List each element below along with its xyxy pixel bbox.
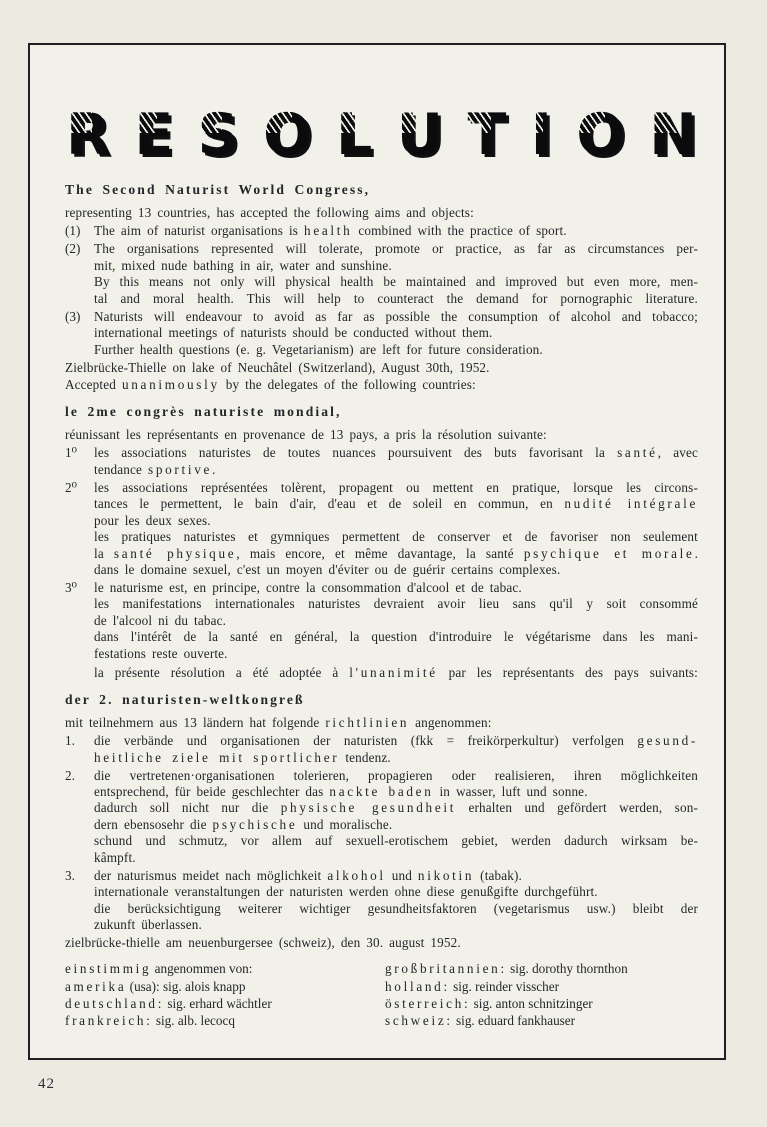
text-segment: tendance xyxy=(94,462,148,477)
spaced-text: alkohol xyxy=(327,868,385,883)
text-line: tances le permettent, le bain d'air, d'e… xyxy=(94,496,698,512)
signature-line: amerika (usa): sig. alois knapp xyxy=(65,978,385,995)
text-segment: dern ebensosehr die xyxy=(94,817,213,832)
section-english: The Second Naturist World Congress,repre… xyxy=(65,182,698,394)
text-line: mit teilnehmern aus 13 ländern hat folge… xyxy=(65,715,698,731)
title-letter: I xyxy=(531,107,552,164)
item-text: les associations naturistes de toutes nu… xyxy=(94,445,698,478)
text-segment: By this means not only will physical hea… xyxy=(94,274,698,289)
text-segment: in wasser, luft und sonne. xyxy=(434,784,588,799)
item-marker: (1) xyxy=(65,223,94,239)
text-line: die vertretenen·organisationen toleriere… xyxy=(94,768,698,784)
section-heading: le 2me congrès naturiste mondial, xyxy=(65,404,698,420)
signature-line: österreich: sig. anton schnitzinger xyxy=(385,995,698,1012)
text-line: mit, mixed nude bathing in air, water an… xyxy=(94,258,698,274)
text-segment: und xyxy=(386,868,418,883)
text-segment: les manifestations internationales natur… xyxy=(94,596,698,611)
item-text: les associations représentées tolèrent, … xyxy=(94,480,698,579)
spaced-text: psychische xyxy=(213,817,298,832)
item-marker: 2⁰ xyxy=(65,480,94,579)
text-line: die berücksichtigung weiterer wichtiger … xyxy=(94,901,698,917)
paragraph: zielbrücke-thielle am neuenburgersee (sc… xyxy=(65,935,698,951)
paragraph: mit teilnehmern aus 13 ländern hat folge… xyxy=(65,715,698,731)
signature-line: frankreich: sig. alb. lecocq xyxy=(65,1012,385,1029)
text-segment: Naturists will endeavour to avoid as far… xyxy=(94,309,698,324)
spaced-text: sportive xyxy=(148,462,212,477)
numbered-item: 2⁰les associations représentées tolèrent… xyxy=(65,480,698,579)
text-segment: entsprechend, für beide geschlechter das xyxy=(94,784,329,799)
text-line: Zielbrücke-Thielle on lake of Neuchâtel … xyxy=(65,360,698,376)
text-line: la santé physique, mais encore, et même … xyxy=(94,546,698,562)
paragraph: réunissant les représentants en provenan… xyxy=(65,427,698,443)
text-segment: tendenz. xyxy=(339,750,390,765)
text-line: de l'alcool ni du tabac. xyxy=(94,613,698,629)
text-segment: sig. alb. lecocq xyxy=(153,1013,235,1028)
text-line: representing 13 countries, has accepted … xyxy=(65,205,698,221)
document-title: RESOLUTION xyxy=(66,107,697,164)
item-text: Naturists will endeavour to avoid as far… xyxy=(94,309,698,358)
spaced-text: nackte baden xyxy=(329,784,433,799)
spaced-text: deutschland: xyxy=(65,996,164,1011)
text-segment: sig. anton schnitzinger xyxy=(470,996,592,1011)
paragraph: representing 13 countries, has accepted … xyxy=(65,205,698,221)
text-line: dans le domaine sexuel, c'est un moyen d… xyxy=(94,562,698,578)
text-segment: Further health questions (e. g. Vegetari… xyxy=(94,342,543,357)
page-number: 42 xyxy=(38,1076,55,1093)
page-border-frame: RESOLUTION The Second Naturist World Con… xyxy=(28,43,726,1060)
text-segment: und moralische. xyxy=(297,817,392,832)
text-line: dern ebensosehr die psychische und moral… xyxy=(94,817,698,833)
text-segment: zukunft überlassen. xyxy=(94,917,202,932)
text-line: zielbrücke-thielle am neuenburgersee (sc… xyxy=(65,935,698,951)
item-marker: 1. xyxy=(65,733,94,766)
item-text: die verbände und organisationen der natu… xyxy=(94,733,698,766)
numbered-item: (1)The aim of naturist organisations is … xyxy=(65,223,698,239)
text-segment: die berücksichtigung weiterer wichtiger … xyxy=(94,901,698,916)
title-letter: L xyxy=(336,107,372,164)
text-segment: dadurch soll nicht nur die xyxy=(94,800,281,815)
text-line: tal and moral health. This will help to … xyxy=(94,291,698,307)
numbered-item: 2.die vertretenen·organisationen tolerie… xyxy=(65,768,698,867)
text-segment: , mais encore, et même davantage, la san… xyxy=(236,546,524,561)
item-text: die vertretenen·organisationen toleriere… xyxy=(94,768,698,867)
text-line: heitliche ziele mit sportlicher tendenz. xyxy=(94,750,698,766)
title-letter: E xyxy=(134,107,173,164)
section-heading: der 2. naturisten-weltkongreß xyxy=(65,692,698,708)
text-line: Naturists will endeavour to avoid as far… xyxy=(94,309,698,325)
spaced-text: nikotin xyxy=(418,868,474,883)
text-line: Accepted unanimously by the delegates of… xyxy=(65,377,698,393)
text-segment: de l'alcool ni du tabac. xyxy=(94,613,226,628)
text-line: la présente résolution a été adoptée à l… xyxy=(94,665,698,681)
text-segment: (usa): sig. alois knapp xyxy=(126,979,245,994)
text-segment: internationale veranstaltungen der natur… xyxy=(94,884,598,899)
text-segment: les associations représentées tolèrent, … xyxy=(94,480,698,495)
spaced-text: physische gesundheit xyxy=(281,800,456,815)
text-line: schund und schmutz, vor allem auf sexuel… xyxy=(94,833,698,849)
text-segment: angenommen: xyxy=(409,715,491,730)
text-segment: combined with the practice of sport. xyxy=(352,223,566,238)
text-segment: Accepted xyxy=(65,377,122,392)
text-segment: la présente résolution a été adoptée à xyxy=(94,665,349,680)
text-segment: der naturismus meidet nach möglichkeit xyxy=(94,868,327,883)
numbered-item: 1⁰les associations naturistes de toutes … xyxy=(65,445,698,478)
item-marker: 1⁰ xyxy=(65,445,94,478)
text-line: The organisations represented will toler… xyxy=(94,241,698,257)
item-marker: 3⁰ xyxy=(65,580,94,682)
spaced-text: unanimously xyxy=(122,377,220,392)
text-line: festations reste ouverte. xyxy=(94,646,698,662)
title-letter: N xyxy=(649,107,697,164)
text-line: le naturisme est, en principe, contre la… xyxy=(94,580,698,596)
text-line: Further health questions (e. g. Vegetari… xyxy=(94,342,698,358)
text-segment: réunissant les représentants en provenan… xyxy=(65,427,547,442)
text-line: By this means not only will physical hea… xyxy=(94,274,698,290)
text-segment: by the delegates of the following countr… xyxy=(220,377,476,392)
text-segment: zielbrücke-thielle am neuenburgersee (sc… xyxy=(65,935,461,950)
text-line: der naturismus meidet nach möglichkeit a… xyxy=(94,868,698,884)
item-text: le naturisme est, en principe, contre la… xyxy=(94,580,698,682)
text-segment: angenommen von: xyxy=(151,961,252,976)
resolution-text: The Second Naturist World Congress,repre… xyxy=(65,182,698,951)
text-segment: Zielbrücke-Thielle on lake of Neuchâtel … xyxy=(65,360,490,375)
text-line: pour les deux sexes. xyxy=(94,513,698,529)
text-segment: . xyxy=(695,546,698,561)
numbered-item: (3)Naturists will endeavour to avoid as … xyxy=(65,309,698,358)
spaced-text: gesund- xyxy=(637,733,698,748)
signature-block: einstimmig angenommen von:amerika (usa):… xyxy=(65,960,698,1029)
spaced-text: frankreich: xyxy=(65,1013,153,1028)
spaced-text: großbritannien: xyxy=(385,961,507,976)
section-german: der 2. naturisten-weltkongreßmit teilneh… xyxy=(65,692,698,952)
title-letter: O xyxy=(263,107,311,164)
spaced-text: einstimmig xyxy=(65,961,151,976)
signature-column-right: großbritannien: sig. dorothy thornthonho… xyxy=(385,960,698,1029)
text-segment: kâmpft. xyxy=(94,850,136,865)
signature-line: schweiz: sig. eduard fankhauser xyxy=(385,1012,698,1029)
item-text: The aim of naturist organisations is hea… xyxy=(94,223,698,239)
text-line: international meetings of naturists shou… xyxy=(94,325,698,341)
text-segment: die verbände und organisationen der natu… xyxy=(94,733,637,748)
spaced-text: heitliche ziele mit sportlicher xyxy=(94,750,339,765)
text-line: dans l'intérêt de la santé en général, l… xyxy=(94,629,698,645)
text-segment: dans l'intérêt de la santé en général, l… xyxy=(94,629,698,644)
item-text: The organisations represented will toler… xyxy=(94,241,698,307)
text-line: les associations naturistes de toutes nu… xyxy=(94,445,698,461)
spaced-text: l'unanimité xyxy=(349,665,437,680)
numbered-item: 3⁰le naturisme est, en principe, contre … xyxy=(65,580,698,682)
text-line: zukunft überlassen. xyxy=(94,917,698,933)
text-line: dadurch soll nicht nur die physische ges… xyxy=(94,800,698,816)
text-segment: , avec xyxy=(658,445,698,460)
text-segment: die vertretenen·organisationen toleriere… xyxy=(94,768,698,783)
text-segment: mit, mixed nude bathing in air, water an… xyxy=(94,258,392,273)
magazine-page: RESOLUTION The Second Naturist World Con… xyxy=(0,0,767,1127)
text-segment: sig. eduard fankhauser xyxy=(453,1013,575,1028)
text-segment: erhalten und gefördert werden, son- xyxy=(456,800,698,815)
signature-line: deutschland: sig. erhard wächtler xyxy=(65,995,385,1012)
spaced-text: santé xyxy=(617,445,658,460)
signature-line: großbritannien: sig. dorothy thornthon xyxy=(385,960,698,977)
text-segment: sig. dorothy thornthon xyxy=(507,961,628,976)
text-line: les manifestations internationales natur… xyxy=(94,596,698,612)
signature-column-left: einstimmig angenommen von:amerika (usa):… xyxy=(65,960,385,1029)
text-segment: The organisations represented will toler… xyxy=(94,241,698,256)
numbered-item: 1.die verbände und organisationen der na… xyxy=(65,733,698,766)
text-line: les pratiques naturistes et gymniques pe… xyxy=(94,529,698,545)
paragraph: Accepted unanimously by the delegates of… xyxy=(65,377,698,393)
spaced-text: schweiz: xyxy=(385,1013,453,1028)
spaced-text: amerika xyxy=(65,979,126,994)
text-segment: le naturisme est, en principe, contre la… xyxy=(94,580,522,595)
text-line: tendance sportive. xyxy=(94,462,698,478)
text-segment: les pratiques naturistes et gymniques pe… xyxy=(94,529,698,544)
spaced-text: holland: xyxy=(385,979,450,994)
text-segment: sig. reinder visscher xyxy=(450,979,559,994)
text-segment: The aim of naturist organisations is xyxy=(94,223,304,238)
text-segment: la xyxy=(94,546,114,561)
text-segment: tances le permettent, le bain d'air, d'e… xyxy=(94,496,564,511)
item-text: der naturismus meidet nach möglichkeit a… xyxy=(94,868,698,934)
text-line: die verbände und organisationen der natu… xyxy=(94,733,698,749)
item-marker: (3) xyxy=(65,309,94,358)
text-segment: schund und schmutz, vor allem auf sexuel… xyxy=(94,833,698,848)
text-segment: les associations naturistes de toutes nu… xyxy=(94,445,617,460)
spaced-text: health xyxy=(304,223,352,238)
title-letter: S xyxy=(198,107,239,164)
text-segment: festations reste ouverte. xyxy=(94,646,228,661)
spaced-text: psychique et morale xyxy=(524,546,695,561)
text-line: The aim of naturist organisations is hea… xyxy=(94,223,698,239)
text-segment: tal and moral health. This will help to … xyxy=(94,291,698,306)
text-line: les associations représentées tolèrent, … xyxy=(94,480,698,496)
text-segment: international meetings of naturists shou… xyxy=(94,325,492,340)
text-segment: dans le domaine sexuel, c'est un moyen d… xyxy=(94,562,560,577)
text-line: internationale veranstaltungen der natur… xyxy=(94,884,698,900)
text-segment: par les représentants des pays suivants: xyxy=(438,665,698,680)
title-letter: U xyxy=(397,107,443,164)
text-line: entsprechend, für beide geschlechter das… xyxy=(94,784,698,800)
spaced-text: nudité intégrale xyxy=(564,496,698,511)
text-line: kâmpft. xyxy=(94,850,698,866)
section-heading: The Second Naturist World Congress, xyxy=(65,182,698,198)
text-segment: pour les deux sexes. xyxy=(94,513,211,528)
spaced-text: santé physique xyxy=(114,546,236,561)
text-line: réunissant les représentants en provenan… xyxy=(65,427,698,443)
spaced-text: österreich: xyxy=(385,996,470,1011)
paragraph: Zielbrücke-Thielle on lake of Neuchâtel … xyxy=(65,360,698,376)
title-letter: T xyxy=(467,107,506,164)
text-segment: (tabak). xyxy=(474,868,522,883)
item-marker: 3. xyxy=(65,868,94,934)
title-letter: O xyxy=(576,107,624,164)
signature-line: einstimmig angenommen von: xyxy=(65,960,385,977)
item-marker: 2. xyxy=(65,768,94,867)
item-marker: (2) xyxy=(65,241,94,307)
text-segment: mit teilnehmern aus 13 ländern hat folge… xyxy=(65,715,325,730)
numbered-item: 3.der naturismus meidet nach möglichkeit… xyxy=(65,868,698,934)
text-segment: sig. erhard wächtler xyxy=(164,996,272,1011)
text-segment: representing 13 countries, has accepted … xyxy=(65,205,474,220)
spaced-text: richtlinien xyxy=(325,715,409,730)
numbered-item: (2)The organisations represented will to… xyxy=(65,241,698,307)
text-segment: . xyxy=(212,462,215,477)
section-french: le 2me congrès naturiste mondial,réuniss… xyxy=(65,404,698,682)
title-letter: R xyxy=(66,107,110,164)
signature-line: holland: sig. reinder visscher xyxy=(385,978,698,995)
